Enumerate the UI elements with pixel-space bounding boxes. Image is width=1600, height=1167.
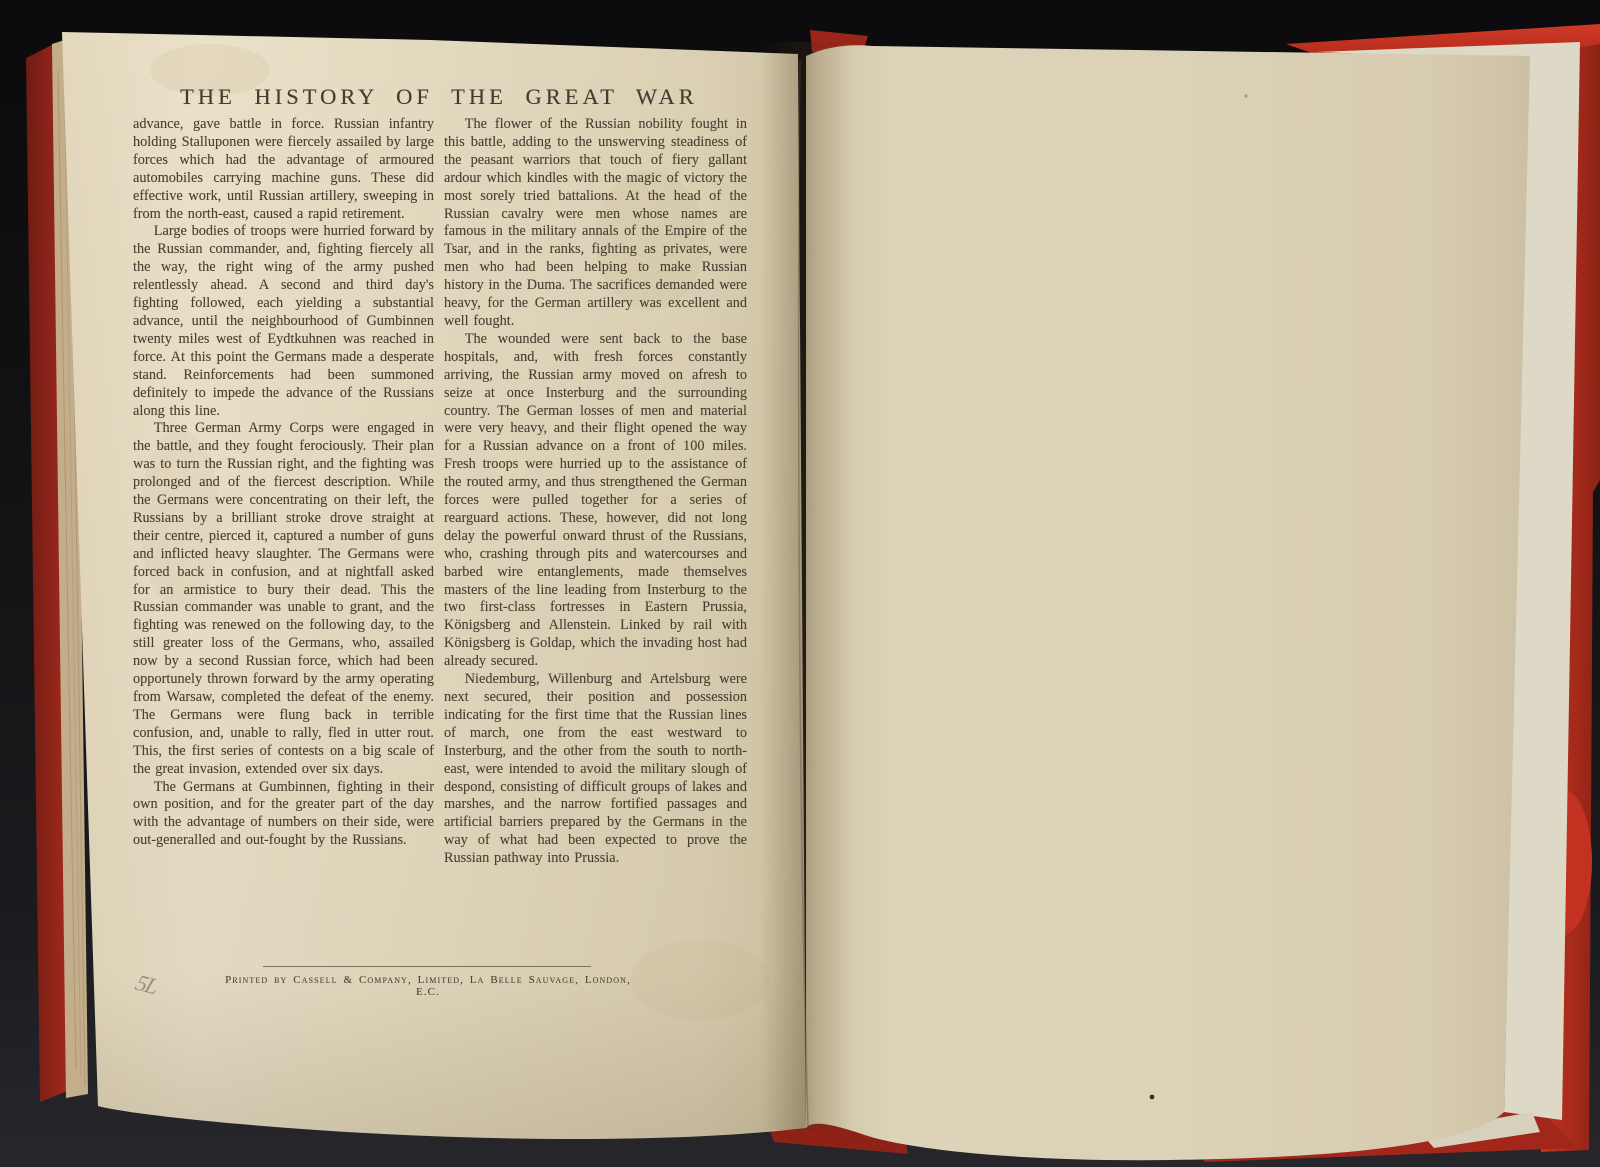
paragraph: The Germans at Gumbinnen, fighting in th…: [133, 779, 434, 851]
text-column-left: advance, gave battle in force. Russian i…: [133, 116, 434, 850]
imprint-line: Printed by Cassell & Company, Limited, L…: [223, 974, 633, 998]
right-page: [806, 45, 1530, 1160]
paragraph: Large bodies of troops were hurried forw…: [133, 223, 434, 420]
foxing-stain: [630, 940, 770, 1020]
page-speck: [1244, 94, 1247, 97]
paragraph: The wounded were sent back to the base h…: [444, 331, 747, 671]
paragraph: Niedemburg, Willenburg and Artelsburg we…: [444, 671, 747, 868]
book-photo: THE HISTORY OF THE GREAT WAR advance, ga…: [0, 0, 1600, 1167]
page-title: THE HISTORY OF THE GREAT WAR: [133, 84, 745, 110]
page-speck: [1150, 1095, 1155, 1100]
gutter-shadow: [760, 42, 852, 1130]
text-column-right: The flower of the Russian nobility fough…: [444, 116, 747, 868]
paragraph: The flower of the Russian nobility fough…: [444, 116, 747, 331]
paragraph: advance, gave battle in force. Russian i…: [133, 116, 434, 223]
imprint-rule: [263, 966, 591, 967]
paragraph: Three German Army Corps were engaged in …: [133, 420, 434, 778]
